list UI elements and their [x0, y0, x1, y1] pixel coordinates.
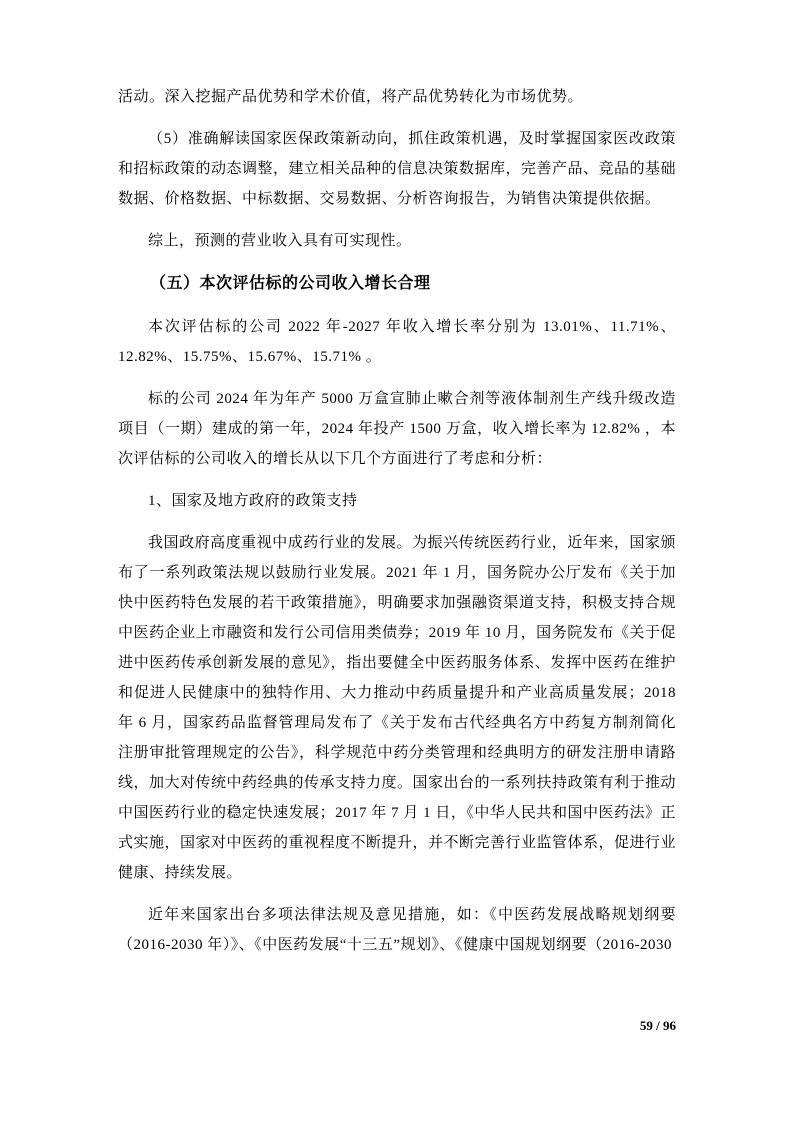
body-paragraph: 近年来国家出台多项法律法规及意见措施，如：《中医药发展战略规划纲要（2016-2… — [118, 900, 676, 960]
body-paragraph: 综上，预测的营业收入具有可实现性。 — [118, 226, 676, 256]
body-paragraph-continuation: 活动。深入挖掘产品优势和学术价值，将产品优势转化为市场优势。 — [118, 82, 676, 112]
body-paragraph: 我国政府高度重视中成药行业的发展。为振兴传统医药行业，近年来，国家颁布了一系列政… — [118, 528, 676, 888]
body-paragraph: 标的公司 2024 年为年产 5000 万盒宣肺止嗽合剂等液体制剂生产线升级改造… — [118, 384, 676, 474]
page-content: 活动。深入挖掘产品优势和学术价值，将产品优势转化为市场优势。 （5）准确解读国家… — [118, 82, 676, 972]
numbered-subheading: 1、国家及地方政府的政策支持 — [118, 486, 676, 516]
body-paragraph: （5）准确解读国家医保政策新动向，抓住政策机遇，及时掌握国家医改政策和招标政策的… — [118, 124, 676, 214]
section-heading: （五）本次评估标的公司收入增长合理 — [118, 268, 676, 300]
body-paragraph: 本次评估标的公司 2022 年-2027 年收入增长率分别为 13.01%、11… — [118, 312, 676, 372]
document-page: 活动。深入挖掘产品优势和学术价值，将产品优势转化为市场优势。 （5）准确解读国家… — [0, 0, 793, 1122]
page-number: 59 / 96 — [640, 1018, 676, 1034]
